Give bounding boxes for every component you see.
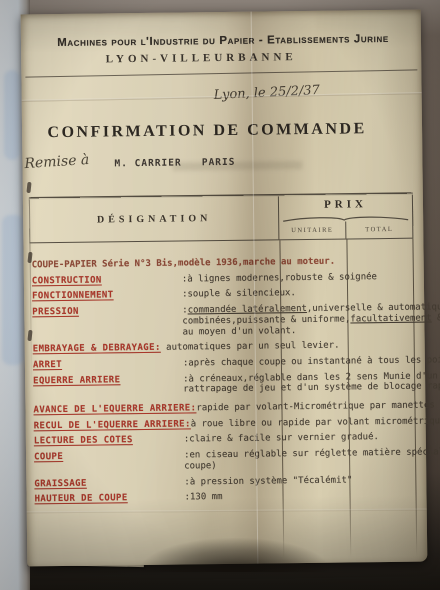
row-label: AVANCE DE L'EQUERRE ARRIERE: — [33, 403, 196, 416]
row-text: :après chaque coupe ou instantané à tous… — [183, 354, 440, 368]
table-row: FONCTIONNEMENT:souple & silencieux. — [32, 285, 440, 302]
row-label: FONCTIONNEMENT — [32, 290, 182, 303]
row-label: GRAISSAGE — [34, 477, 184, 490]
handwritten-date: Lyon, le 25/2/37 — [213, 83, 320, 103]
row-label: LECTURE DES COTES — [34, 435, 184, 448]
ink-bleed-mark — [4, 70, 20, 160]
row-label: EMBRAYAGE & DEBRAYAGE: — [33, 343, 161, 355]
order-table: DÉSIGNATION PRIX UNITAIRE TOTAL COUPE-PA… — [29, 194, 418, 572]
row-text: :à lignes modernes,robuste & soignée — [182, 272, 377, 284]
row-text: :en ciseau réglable sur réglette matière… — [184, 446, 440, 471]
remise-label-handwritten: Remise à — [24, 152, 90, 172]
row-label: PRESSION — [32, 306, 182, 319]
designation-column-header: DÉSIGNATION — [29, 196, 279, 242]
designation-header-label: DÉSIGNATION — [97, 213, 212, 225]
table-row: LECTURE DES COTES:claire & facile sur ve… — [34, 430, 440, 447]
prix-header-label: PRIX — [279, 195, 412, 217]
table-row: EMBRAYAGE & DEBRAYAGE: automatiques par … — [33, 338, 440, 355]
row-text: :à pression système "Técalémit" — [184, 475, 352, 487]
table-row: CONSTRUCTION:à lignes modernes,robuste &… — [32, 270, 440, 287]
row-text: :claire & facile sur vernier gradué. — [184, 433, 379, 445]
row-text: automatiques par un seul levier. — [161, 341, 340, 353]
table-row: ARRET:après chaque coupe ou instantané à… — [33, 354, 440, 371]
table-row: COUPE-PAPIER Série N°3 Bis,modèle 1936,m… — [32, 255, 440, 271]
company-city: LYON-VILLEURBANNE — [21, 50, 381, 66]
table-row: EQUERRE ARRIERE:à créneaux,réglable dans… — [33, 370, 440, 398]
photo-of-document: { "header": { "company_line": "Machines … — [0, 0, 440, 590]
table-row: PRESSION:commandée latéralement,universe… — [32, 301, 440, 339]
row-text: :souple & silencieux. — [182, 289, 296, 300]
row-label: CONSTRUCTION — [32, 274, 182, 287]
row-label: HAUTEUR DE COUPE — [35, 493, 185, 506]
row-text: rapide par volant-Micrométrique par mane… — [196, 400, 435, 413]
row-text: :à créneaux,réglable dans les 2 sens Mun… — [183, 370, 440, 395]
row-label: RECUL DE L'EQUERRE ARRIERE: — [34, 419, 191, 432]
row-label: COUPE — [34, 451, 184, 464]
table-header: DÉSIGNATION PRIX UNITAIRE TOTAL — [29, 194, 414, 244]
table-row: RECUL DE L'EQUERRE ARRIERE:à roue libre … — [34, 415, 440, 432]
table-row: GRAISSAGE:à pression système "Técalémit" — [34, 473, 440, 490]
row-text: commandée latéralement — [188, 304, 307, 315]
row-text: COUPE-PAPIER Série N°3 Bis,modèle 1936,m… — [32, 257, 336, 271]
ink-bleed-mark — [2, 215, 24, 365]
company-name: Machines pour l'Industrie du Papier - Et… — [31, 33, 415, 50]
document-sheet: Machines pour l'Industrie du Papier - Et… — [21, 10, 428, 567]
document-title: CONFIRMATION DE COMMANDE — [22, 120, 392, 143]
header-rule — [25, 69, 417, 77]
total-header-label: TOTAL — [345, 221, 412, 239]
row-label: EQUERRE ARRIERE — [33, 374, 183, 387]
row-text: facultativement — [350, 313, 431, 324]
prix-column-header: PRIX UNITAIRE TOTAL — [278, 195, 414, 240]
table-body: COUPE-PAPIER Série N°3 Bis,modèle 1936,m… — [29, 239, 417, 572]
row-text: :130 mm — [184, 492, 222, 502]
prix-subheaders: UNITAIRE TOTAL — [279, 221, 412, 240]
row-label: ARRET — [33, 358, 183, 371]
table-row: COUPE:en ciseau réglable sur réglette ma… — [34, 446, 440, 474]
customer-name: M. CARRIER PARIS — [114, 157, 235, 169]
unitaire-header-label: UNITAIRE — [279, 222, 345, 240]
table-row: HAUTEUR DE COUPE:130 mm — [35, 488, 440, 505]
row-text: à roue libre ou rapide par volant microm… — [191, 415, 440, 429]
table-row: AVANCE DE L'EQUERRE ARRIERE:rapide par v… — [33, 399, 440, 416]
